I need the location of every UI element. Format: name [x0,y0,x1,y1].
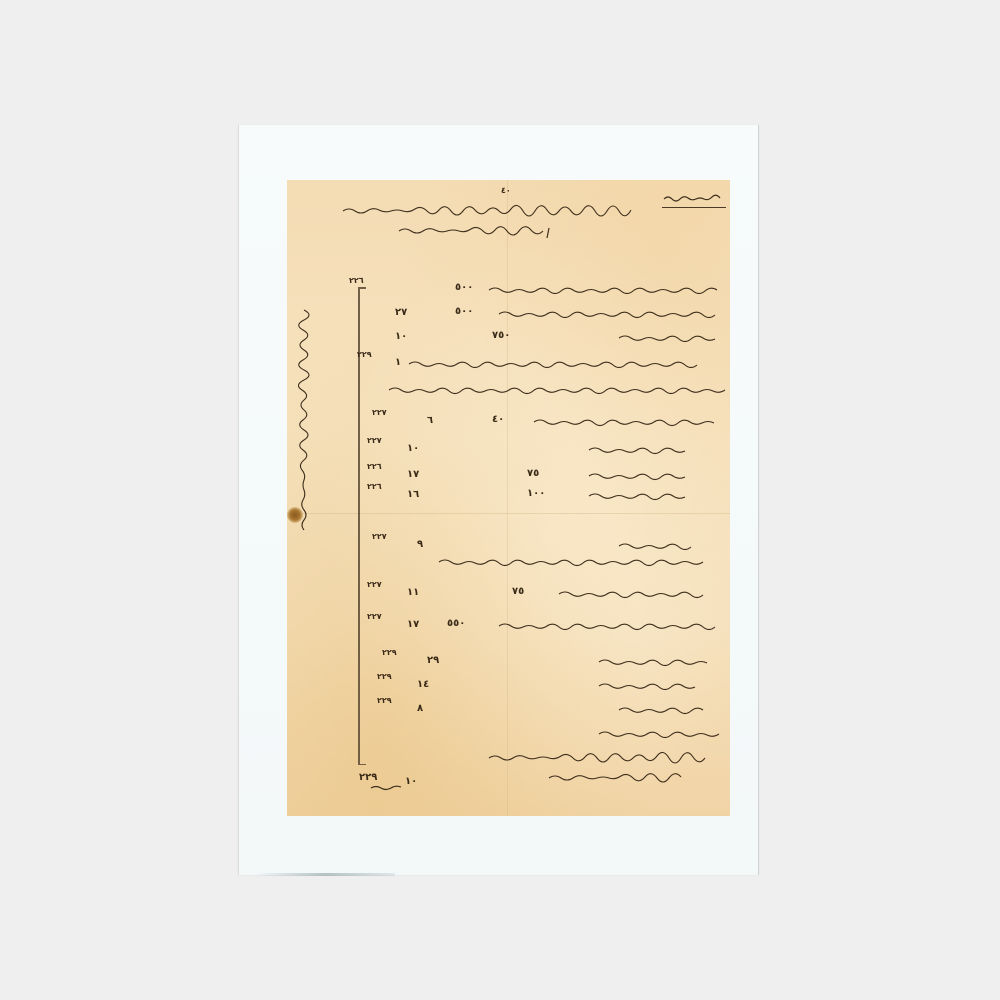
entry-text [597,680,707,692]
fold-line-horizontal [287,513,730,514]
entry-text [597,656,717,668]
entry-date-day: ١٧ [407,469,419,480]
entry-date-day: ٩ [417,539,423,550]
entry-date-day: ١٧ [407,619,419,630]
entry-date-day: ٢٧ [395,307,407,318]
entry-text [497,620,717,632]
closing-date-year: ٢٢٩ [359,772,377,783]
heading-line-1 [341,204,641,216]
entry-amount: ٧٥ [512,586,524,597]
heading-line-2 [397,224,557,238]
entry-date-year: ٢٢٩ [377,672,392,681]
entry-text [587,490,697,502]
page-mark: ٤٠ [501,186,511,195]
entry-date-day: ١٤ [417,679,429,690]
entry-date-year: ٢٢٦ [349,276,364,285]
fold-line-vertical [507,180,508,816]
entry-date-year: ٢٢٦ [367,462,382,471]
closing-line-2 [547,772,697,786]
entry-text [437,556,707,568]
entry-date-day: ١٦ [407,489,419,500]
entry-text [407,358,707,370]
entry-date-day: ١ [395,357,401,368]
entry-date-year: ٢٢٦ [367,482,382,491]
entry-text [497,308,727,320]
entry-date-day: ١٠ [395,331,407,342]
entry-date-day: ٦ [427,415,433,426]
entry-date-day: ٢٩ [427,655,439,666]
entry-date-day: ٨ [417,703,423,714]
entry-text [557,588,707,600]
entry-date-year: ٢٢٩ [357,350,372,359]
entry-date-year: ٢٢٧ [367,436,382,445]
closing-date-strokes [369,784,409,792]
backing-shadow [255,873,395,876]
entry-text [387,384,727,396]
handwriting-strokes [662,193,724,203]
entry-date-year: ٢٢٩ [377,696,392,705]
entry-text [587,470,697,482]
entry-amount: ٧٥٠ [492,330,510,341]
entry-date-year: ٢٢٧ [372,408,387,417]
entry-date-year: ٢٢٧ [372,532,387,541]
closing-line-1 [487,752,717,764]
entry-date-day: ١١ [407,587,419,598]
entry-date-year: ٢٢٧ [367,612,382,621]
entry-amount: ٥٠٠ [455,306,473,317]
entry-date-day: ١٠ [407,443,419,454]
entry-text [617,540,697,552]
entry-date-year: ٢٢٧ [367,580,382,589]
entry-amount: ٥٠٠ [455,282,473,293]
document-page: ٤٠ ٥٠٠٢٢٦٥٠٠٢٧٧٥٠١٠١٢٢٩٤٠٦٢٢٧١٠٢٢٧٧٥١٧٢٢… [287,180,730,816]
entry-date-year: ٢٢٩ [382,648,397,657]
entry-amount: ٤٠ [492,414,504,425]
entry-amount: ٥٥٠ [447,618,465,629]
entry-amount: ٧٥ [527,468,539,479]
entry-text [617,332,727,344]
entry-text [617,704,707,716]
margin-note-vertical [295,302,309,532]
entry-text [597,728,727,740]
entry-text [532,416,727,428]
entry-amount: ١٠٠ [527,488,545,499]
entry-text [487,284,727,296]
entry-text [587,444,687,456]
top-right-label [662,188,726,208]
